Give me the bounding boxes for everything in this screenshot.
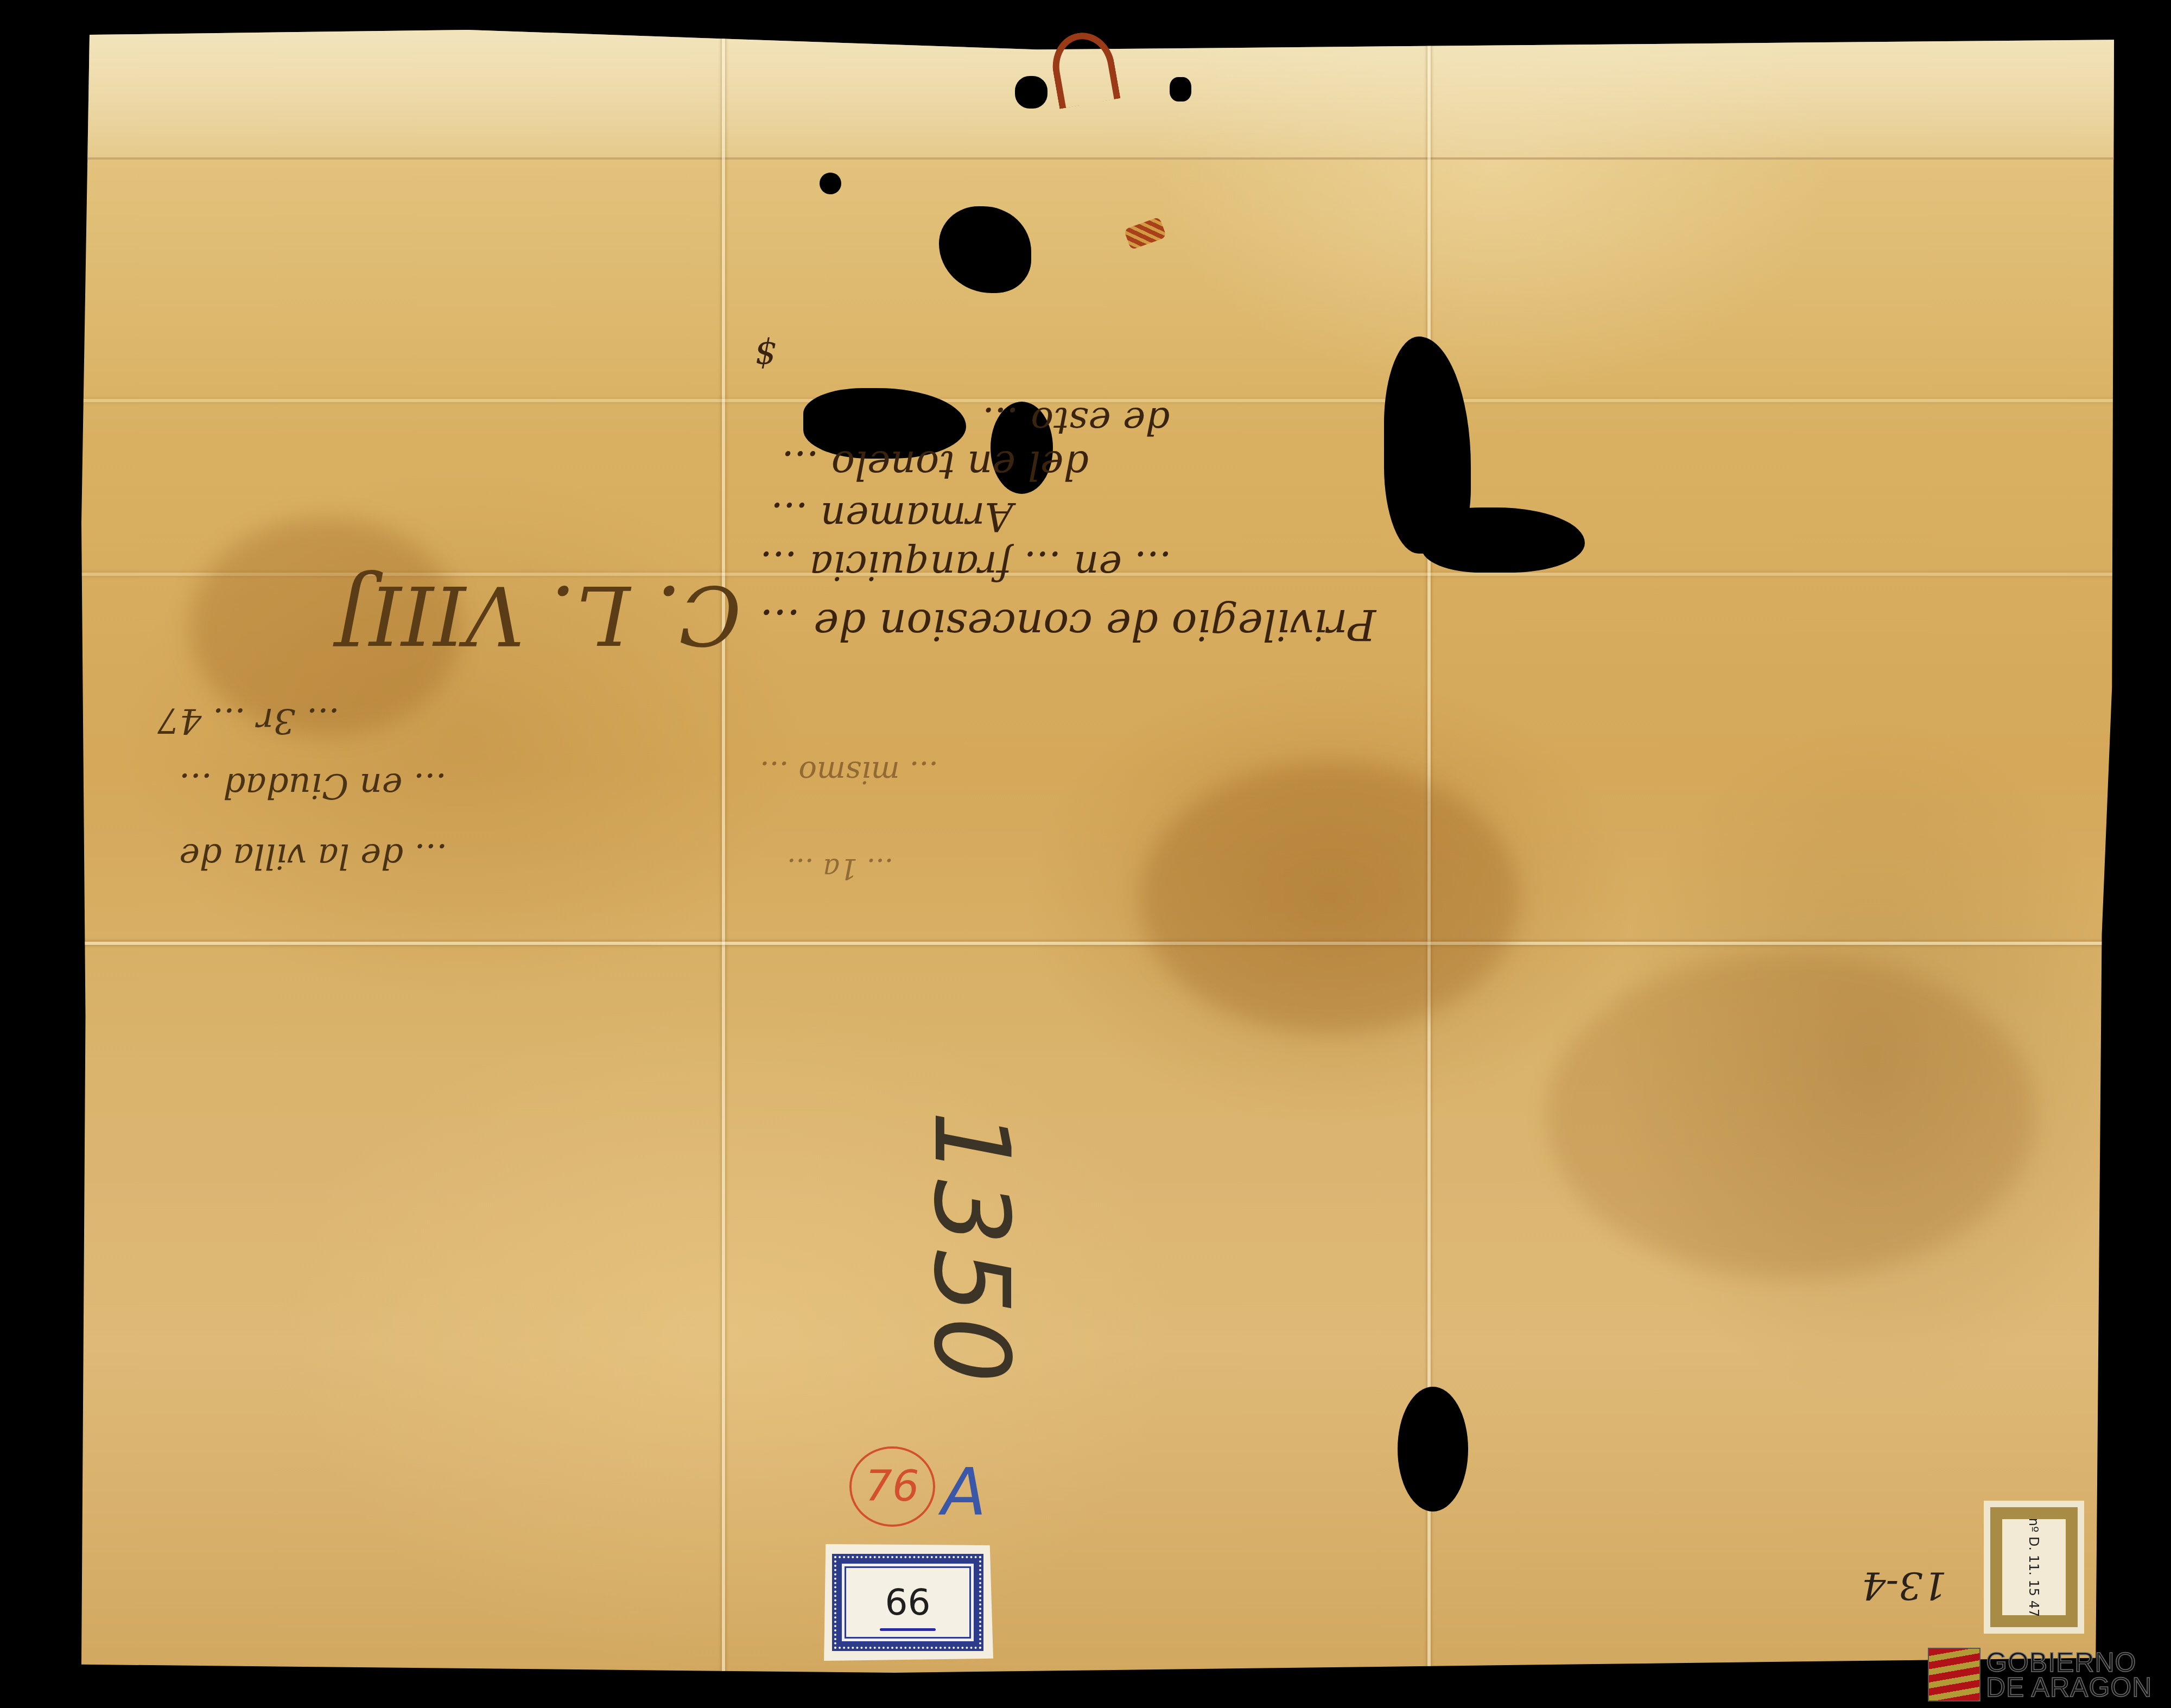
endorsement-line: $ bbox=[754, 334, 777, 374]
gold-label-frame: nº D. 11. 15 47 bbox=[1990, 1507, 2078, 1627]
pencil-catalog-number: 1350 bbox=[820, 1167, 1123, 1330]
fold-line-horizontal bbox=[81, 942, 2114, 945]
logo-line-2: DE ARAGON bbox=[1986, 1675, 2152, 1700]
gold-label-text: nº D. 11. 15 47 bbox=[2027, 1517, 2042, 1616]
blue-letter-mark: A bbox=[942, 1455, 986, 1530]
faded-line: ... 1a ... bbox=[787, 852, 893, 885]
red-number-text: 76 bbox=[865, 1462, 919, 1511]
logo-line-1: GOBIERNO bbox=[1986, 1650, 2152, 1675]
parchment-hole bbox=[1170, 77, 1191, 101]
gold-archive-label: nº D. 11. 15 47 bbox=[1984, 1501, 2084, 1634]
logo-wordmark: GOBIERNO DE ARAGON bbox=[1986, 1650, 2152, 1700]
blue-label-frame: 66 bbox=[832, 1554, 983, 1651]
gobierno-de-aragon-logo: GOBIERNO DE ARAGON bbox=[1928, 1648, 2152, 1701]
archive-signature: C. L. VIIIJ bbox=[337, 567, 741, 662]
endorsement-line: Armamen ... bbox=[771, 494, 1013, 539]
faded-line: ... mismo ... bbox=[760, 754, 938, 790]
parchment-hole bbox=[820, 173, 841, 194]
left-note-line: ... en Ciudad ... bbox=[179, 765, 447, 805]
parchment-hole bbox=[1398, 1387, 1468, 1512]
endorsement-line: ... en ... franquicia ... bbox=[760, 543, 1172, 588]
left-note-line: ... 3r ... 47 bbox=[157, 700, 340, 740]
red-circled-number: 76 bbox=[849, 1446, 935, 1527]
endorsement-line: Privilegio de concesion de ... bbox=[760, 600, 1376, 649]
left-note-line: ... de la villa de bbox=[179, 836, 447, 876]
document-viewer: C. L. VIIIJ $ de esto ... del en tonelo … bbox=[0, 0, 2171, 1708]
endorsement-line: de esto ... bbox=[982, 399, 1170, 443]
parchment-hole bbox=[1015, 76, 1048, 109]
seal-cord bbox=[1047, 28, 1120, 109]
water-stain bbox=[1140, 763, 1520, 1034]
endorsement-line: del en tonelo ... bbox=[782, 442, 1089, 488]
blue-label-number: 66 bbox=[885, 1582, 931, 1623]
fold-line-vertical bbox=[722, 30, 725, 1674]
blue-archive-label: 66 bbox=[822, 1544, 993, 1661]
aragon-flag-icon bbox=[1928, 1648, 1980, 1701]
water-stain bbox=[1547, 953, 2035, 1278]
lower-right-note: 13-4 bbox=[1862, 1563, 1947, 1608]
